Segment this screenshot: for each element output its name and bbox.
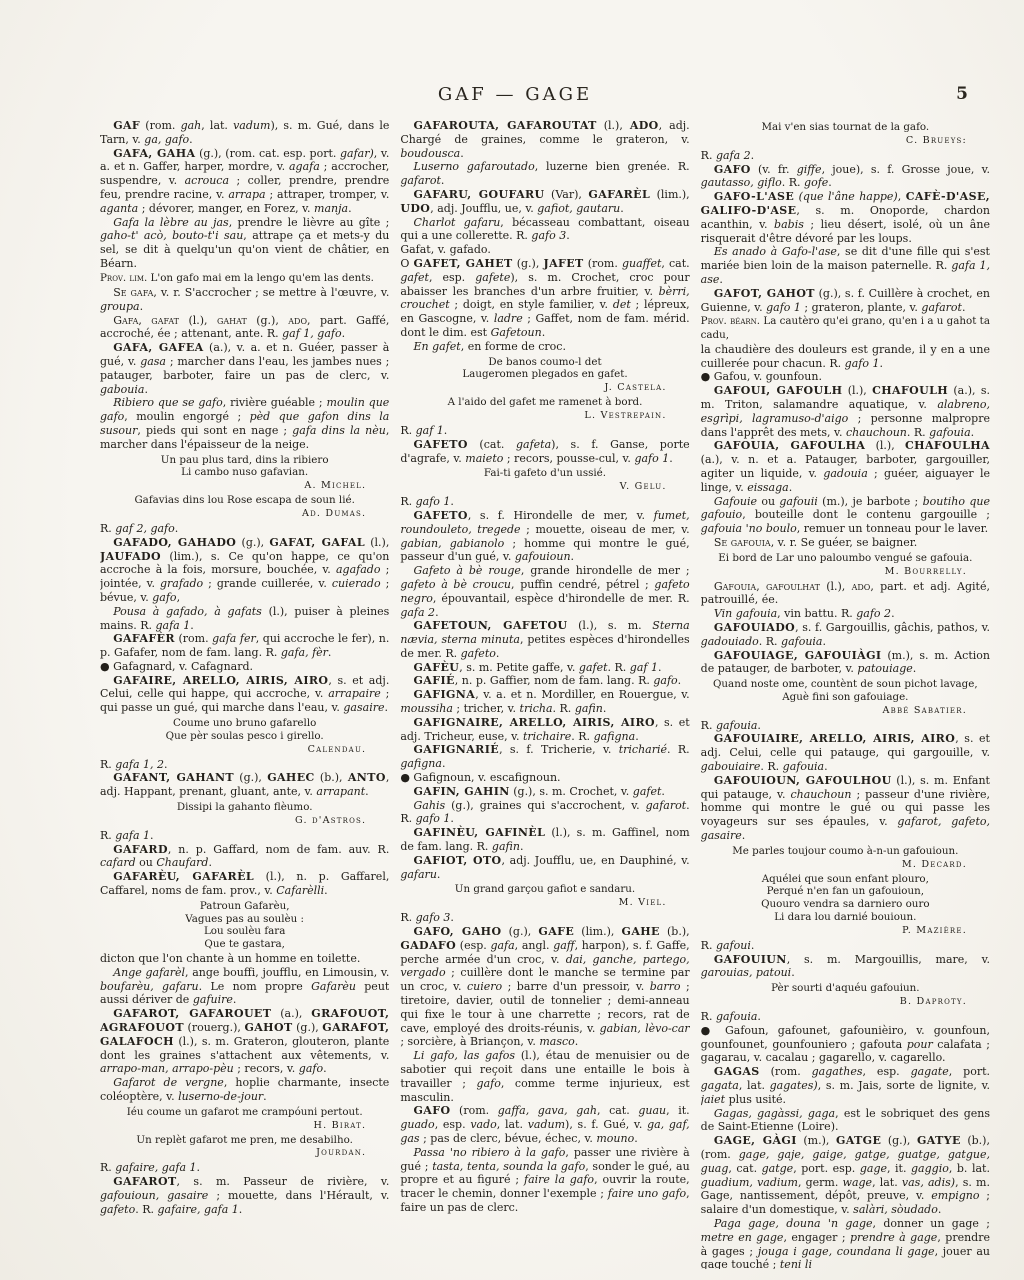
verse-line: Aquélei que soun enfant plouro,	[709, 873, 982, 886]
verse-line: Laugeromen plegados en gafet.	[408, 368, 681, 381]
verse-line: Me parles toujour coumo à-n-un gafouioun…	[709, 845, 982, 858]
verse-quote: Pèr sourti d'aquéu gafouiun.	[709, 982, 982, 995]
verse-line: Un replèt gafarot me pren, me desabilho.	[108, 1134, 381, 1147]
verse-quote: Mai v'en sias tournat de la gafo.	[709, 121, 982, 134]
reference-line: O GAFET, GAHET (g.), JAFET (rom. guaffet…	[400, 257, 689, 340]
entry-paragraph: Gafarot de vergne, hoplie charmante, ins…	[100, 1076, 389, 1104]
entry-paragraph: Luserno gafaroutado, luzerne bien grenée…	[400, 160, 689, 188]
entry-paragraph: GAFIÉ, n. p. Gaffier, nom de fam. lang. …	[400, 674, 689, 688]
entry-paragraph: GAFOUIAIRE, ARELLO, AIRIS, AIRO, s. et a…	[701, 732, 990, 773]
entry-paragraph: GAFAROT, s. m. Passeur de rivière, v. ga…	[100, 1175, 389, 1216]
verse-line: Patroun Gafarèu,	[108, 900, 381, 913]
entry-paragraph: GAFAFÈR (rom. gafa fer, qui accroche le …	[100, 632, 389, 660]
author-attribution: M. Viel.	[400, 897, 689, 909]
verse-line: Coume uno bruno gafarello	[108, 717, 381, 730]
reference-line: R. gafoui.	[701, 939, 990, 953]
verse-line: Iéu coume un gafarot me crampóuni pertou…	[108, 1106, 381, 1119]
entry-paragraph: GAFAROUTA, GAFAROUTAT (l.), ADO, adj. Ch…	[400, 119, 689, 160]
entry-paragraph: GAFOUIADO, s. f. Gargouillis, gâchis, pa…	[701, 621, 990, 649]
author-attribution: Jourdan.	[100, 1147, 389, 1159]
verse-quote: Iéu coume un gafarot me crampóuni pertou…	[108, 1106, 381, 1119]
reference-line: R. gafa 1, 2.	[100, 758, 389, 772]
reference-line: R. gaf 2, gafo.	[100, 522, 389, 536]
verse-line: Vagues pas au soulèu :	[108, 913, 381, 926]
entry-paragraph: Se gafouia, v. r. Se guéer, se baigner.	[701, 536, 990, 550]
proverb-paragraph: Prov. lim. L'on gafo mai em la lengo qu'…	[100, 272, 389, 285]
author-attribution: B. Daproty.	[701, 996, 990, 1008]
entry-paragraph: GAFO, GAHO (g.), GAFE (lim.), GAHE (b.),…	[400, 925, 689, 1049]
verse-quote: Aquélei que soun enfant plouro,Perqué n'…	[709, 873, 982, 924]
entry-paragraph: GAFETO (cat. gafeta), s. f. Ganse, porte…	[400, 438, 689, 466]
author-attribution: M. Bourrelly.	[701, 566, 990, 578]
author-attribution: Calendau.	[100, 744, 389, 756]
entry-paragraph: Charlot gafaru, bécasseau combattant, oi…	[400, 216, 689, 244]
entry-paragraph: GAFOT, GAHOT (g.), s. f. Cuillère à croc…	[701, 287, 990, 315]
verse-line: Fai-ti gafeto d'un ussié.	[408, 467, 681, 480]
text-columns: GAF (rom. gah, lat. vadum), s. m. Gué, d…	[100, 119, 990, 1269]
reference-line: R. gafa 1.	[100, 829, 389, 843]
entry-paragraph: Es anado à Gafo-l'ase, se dit d'une fill…	[701, 245, 990, 286]
entry-paragraph: GAFA, GAHA (g.), (rom. cat. esp. port. g…	[100, 147, 389, 216]
verse-line: Dissipi la gahanto flèumo.	[108, 801, 381, 814]
entry-paragraph: Paga gage, douna 'n gage, donner un gage…	[701, 1217, 990, 1269]
entry-paragraph: Gagas, gagàssi, gaga, est le sobriquet d…	[701, 1107, 990, 1135]
reference-line: R. gafouia.	[701, 719, 990, 733]
reference-line: R. gafo 1.	[400, 495, 689, 509]
entry-paragraph: GAFIN, GAHIN (g.), s. m. Crochet, v. gaf…	[400, 785, 689, 799]
verse-quote: De banos coumo-l detLaugeromen plegados …	[408, 356, 681, 382]
entry-paragraph: GAFINÈU, GAFINÈL (l.), s. m. Gaffinel, n…	[400, 826, 689, 854]
verse-line: Aguè fini son gafouiage.	[709, 691, 982, 704]
author-attribution: A. Michel.	[100, 480, 389, 492]
verse-quote: A l'aido del gafet me ramenet à bord.	[408, 396, 681, 409]
verse-quote: Dissipi la gahanto flèumo.	[108, 801, 381, 814]
verse-quote: Patroun Gafarèu,Vagues pas au soulèu :Lo…	[108, 900, 381, 951]
verse-line: Un pau plus tard, dins la ribiero	[108, 454, 381, 467]
column-right: Mai v'en sias tournat de la gafo.C. Brue…	[701, 119, 990, 1269]
verse-line: De banos coumo-l det	[408, 356, 681, 369]
entry-paragraph: Gafa la lèbre au jas, prendre le lièvre …	[100, 216, 389, 271]
entry-paragraph: GAFIGNARIÉ, s. f. Tricherie, v. trichari…	[400, 743, 689, 771]
entry-paragraph: Vin gafouia, vin battu. R. gafo 2.	[701, 607, 990, 621]
verse-line: Lou soulèu fara	[108, 925, 381, 938]
entry-paragraph: GAF (rom. gah, lat. vadum), s. m. Gué, d…	[100, 119, 389, 147]
reference-line: ● Gafignoun, v. escafignoun.	[400, 771, 689, 785]
verse-quote: Un grand garçou gafiot e sandaru.	[408, 883, 681, 896]
verse-quote: Fai-ti gafeto d'un ussié.	[408, 467, 681, 480]
entry-paragraph: Ange gafarèl, ange bouffi, joufflu, en L…	[100, 966, 389, 1007]
verse-line: Quouro vendra sa darniero ouro	[709, 898, 982, 911]
entry-paragraph: Passa 'no ribiero à la gafo, passer une …	[400, 1146, 689, 1215]
author-attribution: V. Gelu.	[400, 481, 689, 493]
verse-line: Un grand garçou gafiot e sandaru.	[408, 883, 681, 896]
entry-paragraph: GAFA, GAFEA (a.), v. a. et n. Guéer, pas…	[100, 341, 389, 396]
entry-paragraph: GAFAROT, GAFAROUET (a.), GRAFOUOT, AGRAF…	[100, 1007, 389, 1076]
entry-paragraph: GAFOUIA, GAFOULHA (l.), CHAFOULHA (a.), …	[701, 439, 990, 494]
entry-paragraph: GAFOUIOUN, GAFOULHOU (l.), s. m. Enfant …	[701, 774, 990, 843]
reference-line: ● Gafou, v. gounfoun.	[701, 370, 990, 384]
entry-paragraph: GAFARÈU, GAFARÈL (l.), n. p. Gaffarel, C…	[100, 870, 389, 898]
verse-quote: Ei bord de Lar uno paloumbo vengué se ga…	[709, 552, 982, 565]
reference-line: R. gafa 2.	[701, 149, 990, 163]
author-attribution: G. d'Astros.	[100, 815, 389, 827]
reference-line: R. gafo 3.	[400, 911, 689, 925]
verse-line: Perqué n'en fan un gafouioun,	[709, 885, 982, 898]
verse-line: Mai v'en sias tournat de la gafo.	[709, 121, 982, 134]
reference-line: la chaudière des douleurs est grande, il…	[701, 343, 990, 371]
entry-paragraph: GAFO-L'ASE (que l'âne happe), CAFÈ-D'ASE…	[701, 190, 990, 245]
page-number: 5	[956, 84, 968, 104]
verse-line: Gafavias dins lou Rose escapa de soun li…	[108, 494, 381, 507]
entry-paragraph: GAFOUI, GAFOULH (l.), CHAFOULH (a.), s. …	[701, 384, 990, 439]
entry-paragraph: Gafa, gafat (l.), gahat (g.), ado, part.…	[100, 314, 389, 342]
author-attribution: P. Mazière.	[701, 925, 990, 937]
author-attribution: J. Castela.	[400, 382, 689, 394]
column-left: GAF (rom. gah, lat. vadum), s. m. Gué, d…	[100, 119, 389, 1269]
reference-line: R. gaf 1.	[400, 424, 689, 438]
entry-paragraph: GAFOUIAGE, GAFOUIÀGI (m.), s. m. Action …	[701, 649, 990, 677]
verse-line: Li cambo nuso gafavian.	[108, 466, 381, 479]
entry-paragraph: GAFARU, GOUFARU (Var), GAFARÈL (lim.), U…	[400, 188, 689, 216]
reference-line: ● Gafoun, gafounet, gafounièiro, v. goun…	[701, 1024, 990, 1065]
verse-quote: Me parles toujour coumo à-n-un gafouioun…	[709, 845, 982, 858]
author-attribution: L. Vestrepain.	[400, 410, 689, 422]
entry-paragraph: Pousa à gafado, à gafats (l.), puiser à …	[100, 605, 389, 633]
entry-paragraph: GAGE, GÀGI (m.), GATGE (g.), GATYE (b.),…	[701, 1134, 990, 1217]
verse-line: Pèr sourti d'aquéu gafouiun.	[709, 982, 982, 995]
verse-line: Que pèr soulas pesco i girello.	[108, 730, 381, 743]
verse-line: Quand noste ome, countènt de soun pichot…	[709, 678, 982, 691]
entry-paragraph: En gafet, en forme de croc.	[400, 340, 689, 354]
entry-paragraph: GAFIGNAIRE, ARELLO, AIRIS, AIRO, s. et a…	[400, 716, 689, 744]
entry-paragraph: GAFIGNA, v. a. et n. Mordiller, en Rouer…	[400, 688, 689, 716]
entry-paragraph: Se gafa, v. r. S'accrocher ; se mettre à…	[100, 286, 389, 314]
verse-quote: Un replèt gafarot me pren, me desabilho.	[108, 1134, 381, 1147]
author-attribution: C. Brueys:	[701, 135, 990, 147]
verse-line: Ei bord de Lar uno paloumbo vengué se ga…	[709, 552, 982, 565]
entry-paragraph: GAFIOT, OTO, adj. Joufflu, ue, en Dauphi…	[400, 854, 689, 882]
verse-quote: Gafavias dins lou Rose escapa de soun li…	[108, 494, 381, 507]
reference-line: dicton que l'on chante à un homme en toi…	[100, 952, 389, 966]
author-attribution: H. Birat.	[100, 1120, 389, 1132]
verse-line: Li dara lou darnié bouioun.	[709, 911, 982, 924]
entry-paragraph: Ribiero que se gafo, rivière guéable ; m…	[100, 396, 389, 451]
entry-paragraph: GAFADO, GAHADO (g.), GAFAT, GAFAL (l.), …	[100, 536, 389, 605]
verse-quote: Quand noste ome, countènt de soun pichot…	[709, 678, 982, 704]
author-attribution: Abbé Sabatier.	[701, 705, 990, 717]
entry-paragraph: GAFOUIUN, s. m. Margouillis, mare, v. ga…	[701, 953, 990, 981]
entry-paragraph: Gafouia, gafoulhat (l.), ado, part. et a…	[701, 580, 990, 608]
author-attribution: Ad. Dumas.	[100, 508, 389, 520]
entry-paragraph: GAFÈU, s. m. Petite gaffe, v. gafet. R. …	[400, 661, 689, 675]
entry-paragraph: Li gafo, las gafos (l.), étau de menuisi…	[400, 1049, 689, 1104]
dictionary-page: GAF — GAGE 5 GAF (rom. gah, lat. vadum),…	[0, 0, 1024, 1280]
entry-paragraph: GAGAS (rom. gagathes, esp. gagate, port.…	[701, 1065, 990, 1106]
column-middle: GAFAROUTA, GAFAROUTAT (l.), ADO, adj. Ch…	[400, 119, 689, 1269]
entry-paragraph: GAFANT, GAHANT (g.), GAHEC (b.), ANTO, a…	[100, 771, 389, 799]
entry-paragraph: GAFETOUN, GAFETOU (l.), s. m. Sterna næv…	[400, 619, 689, 660]
running-title: GAF — GAGE	[100, 84, 930, 105]
entry-paragraph: GAFETO, s. f. Hirondelle de mer, v. fume…	[400, 509, 689, 564]
reference-line: R. gafouia.	[701, 1010, 990, 1024]
reference-line: Gafat, v. gafado.	[400, 243, 689, 257]
entry-paragraph: Gafouie ou gafouii (m.), je barbote ; bo…	[701, 495, 990, 536]
reference-line: ● Gafagnard, v. Cafagnard.	[100, 660, 389, 674]
entry-paragraph: GAFO (rom. gaffa, gava, gah, cat. guau, …	[400, 1104, 689, 1145]
reference-line: R. gafaire, gafa 1.	[100, 1161, 389, 1175]
entry-paragraph: GAFO (v. fr. giffe, joue), s. f. Grosse …	[701, 163, 990, 191]
entry-paragraph: GAFARD, n. p. Gaffard, nom de fam. auv. …	[100, 843, 389, 871]
verse-quote: Un pau plus tard, dins la ribieroLi camb…	[108, 454, 381, 480]
author-attribution: M. Decard.	[701, 859, 990, 871]
page-header: GAF — GAGE 5	[100, 84, 990, 110]
entry-paragraph: Gahis (g.), graines qui s'accrochent, v.…	[400, 799, 689, 827]
entry-paragraph: Gafeto à bè rouge, grande hirondelle de …	[400, 564, 689, 619]
verse-line: A l'aido del gafet me ramenet à bord.	[408, 396, 681, 409]
verse-quote: Coume uno bruno gafarelloQue pèr soulas …	[108, 717, 381, 743]
verse-line: Que te gastara,	[108, 938, 381, 951]
entry-paragraph: GAFAIRE, ARELLO, AIRIS, AIRO, s. et adj.…	[100, 674, 389, 715]
proverb-paragraph: Prov. béarn. La cautèro qu'ei grano, qu'…	[701, 315, 990, 341]
